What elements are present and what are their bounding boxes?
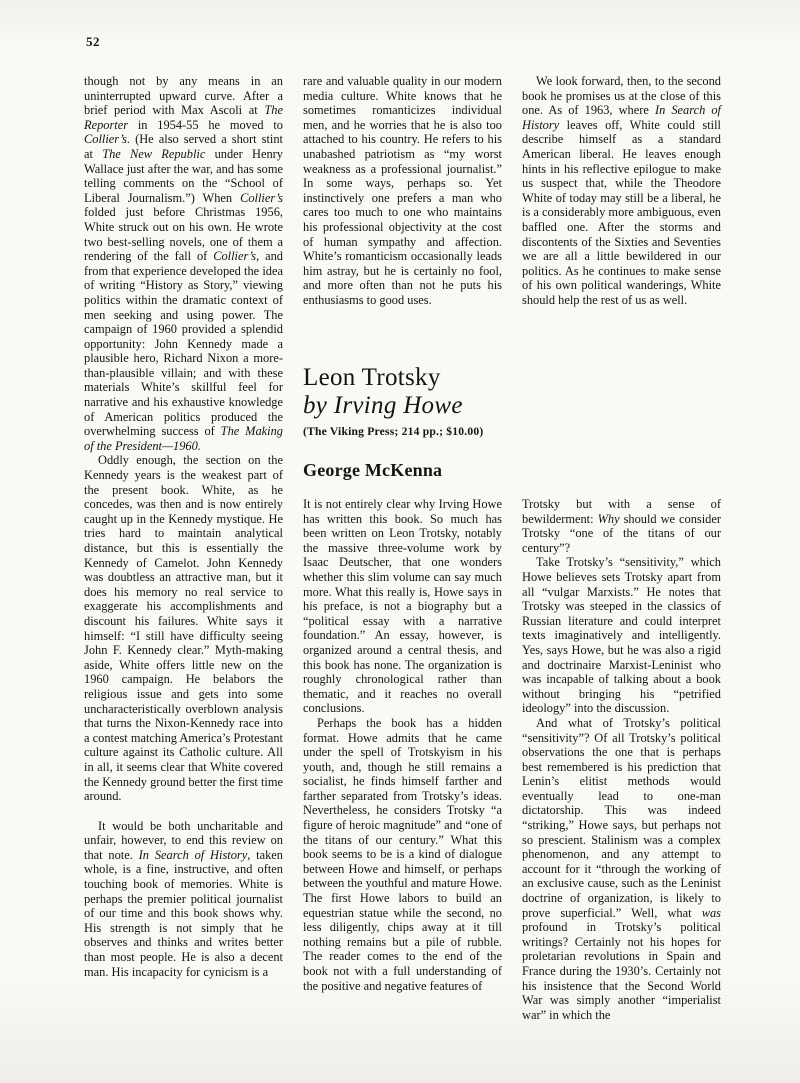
paragraph: Trotsky but with a sense of bewilderment… — [522, 497, 721, 555]
italic-text: The Reporter — [84, 103, 283, 132]
paragraph: Perhaps the book has a hidden format. Ho… — [303, 716, 502, 993]
paragraph: though not by any means in an uninterrup… — [84, 74, 283, 453]
italic-text: Collier’s — [240, 191, 283, 205]
italic-text: The Making of the President—1960. — [84, 424, 283, 453]
paragraph: And what of Trotsky’s political “sensiti… — [522, 716, 721, 1022]
review-book-author: by Irving Howe — [303, 392, 533, 420]
paragraph: It is not entirely clear why Irving Howe… — [303, 497, 502, 716]
italic-text: In Search of History — [139, 848, 248, 862]
column-right-article-text: We look forward, then, to the second boo… — [522, 74, 721, 308]
column-right-review-text: Trotsky but with a sense of bewilderment… — [522, 497, 721, 1022]
reviewer-name: George McKenna — [303, 460, 442, 481]
italic-text: Collier’s — [213, 249, 256, 263]
column-middle-review-text: It is not entirely clear why Irving Howe… — [303, 497, 502, 993]
italic-text: was — [702, 906, 721, 920]
column-middle-article-text: rare and valuable quality in our modern … — [303, 74, 502, 308]
review-header: Leon Trotsky by Irving Howe (The Viking … — [303, 364, 533, 438]
column-left-article-text: though not by any means in an uninterrup… — [84, 74, 283, 979]
italic-text: In Search of History — [522, 103, 721, 132]
paragraph: Oddly enough, the section on the Kennedy… — [84, 453, 283, 803]
page-number: 52 — [86, 34, 100, 50]
magazine-page: 52 though not by any means in an uninter… — [0, 0, 800, 1083]
italic-text: The New Republic — [102, 147, 205, 161]
paragraph: rare and valuable quality in our modern … — [303, 74, 502, 308]
italic-text: Collier’s — [84, 132, 127, 146]
review-publisher-line: (The Viking Press; 214 pp.; $10.00) — [303, 425, 533, 438]
paragraph: Take Trotsky’s “sensitivity,” which Howe… — [522, 555, 721, 716]
italic-text: Why — [598, 512, 620, 526]
review-book-title: Leon Trotsky — [303, 364, 533, 392]
paragraph: It would be both uncharitable and unfair… — [84, 819, 283, 980]
paragraph: We look forward, then, to the second boo… — [522, 74, 721, 308]
